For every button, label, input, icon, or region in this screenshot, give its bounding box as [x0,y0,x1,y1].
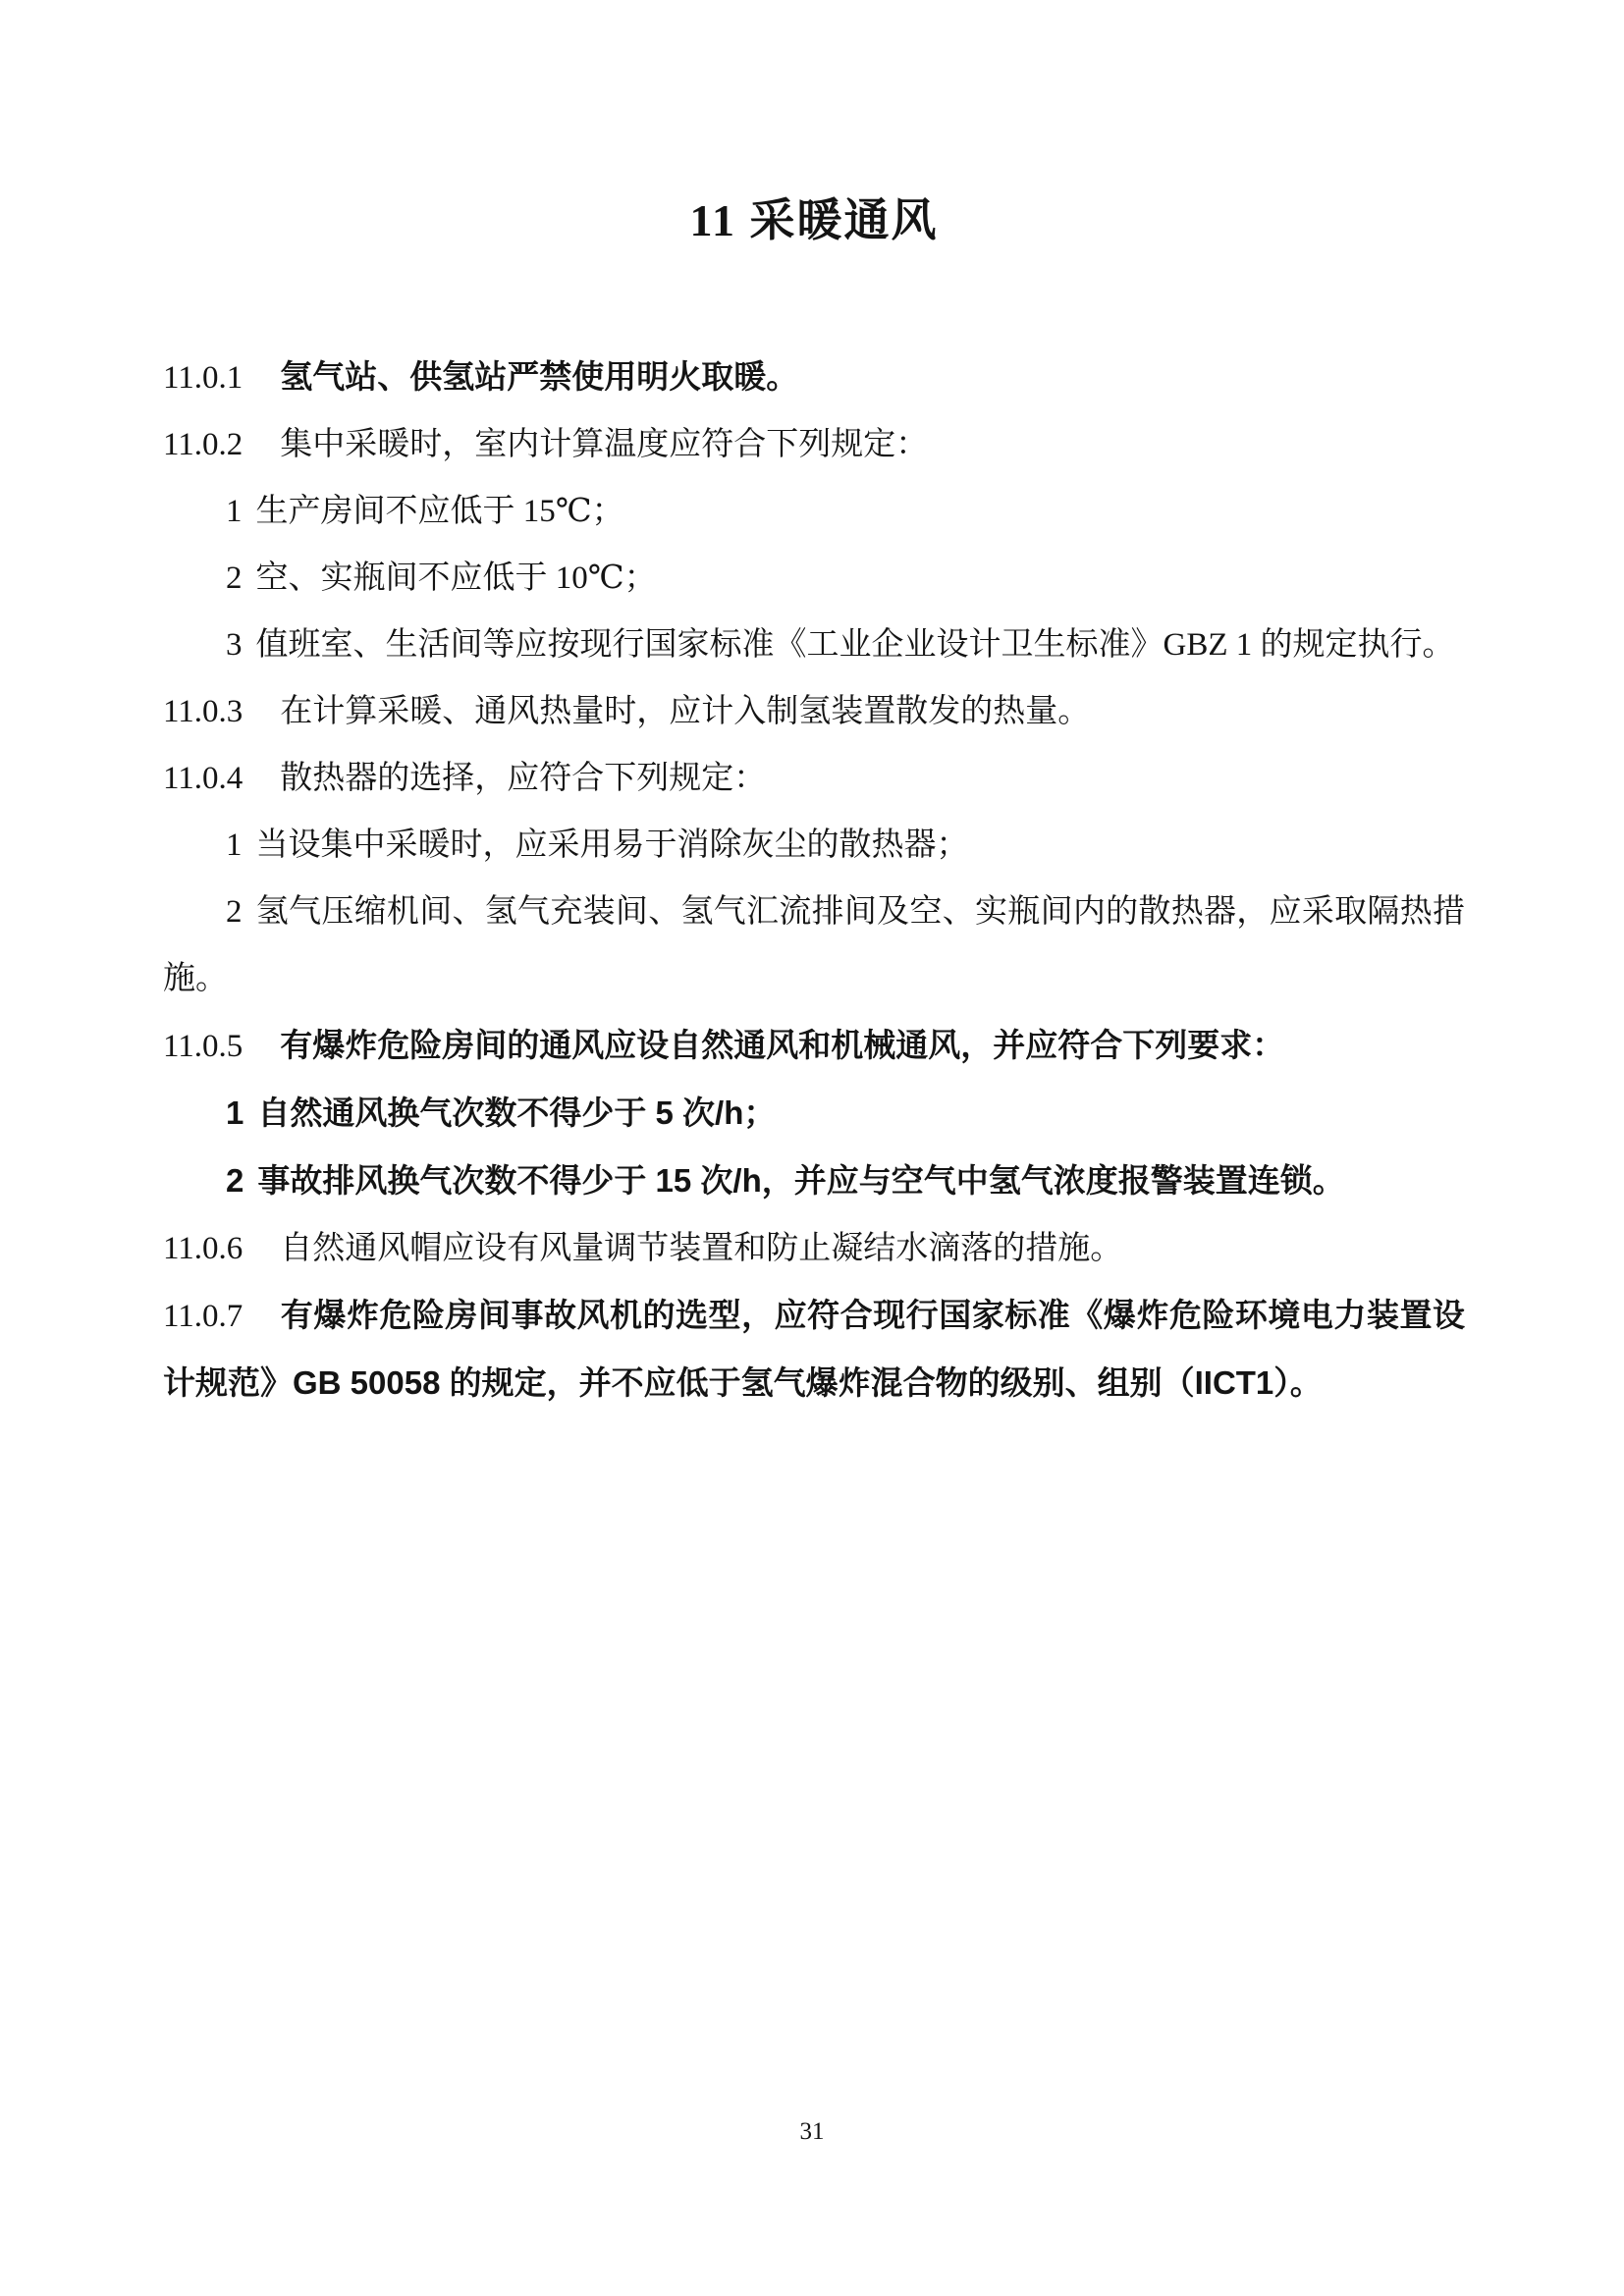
clause-number: 11.0.7 [163,1299,243,1334]
clause-number: 11.0.1 [163,360,243,396]
clause-11-0-6: 11.0.6自然通风帽应设有风量调节装置和防止凝结水滴落的措施。 [163,1215,1465,1282]
clause-text: 有爆炸危险房间事故风机的选型，应符合现行国家标准《爆炸危险环境电力装置设计规范》… [163,1297,1465,1401]
clause-11-0-5-item-1: 1自然通风换气次数不得少于 5 次/h； [163,1080,1465,1148]
item-marker: 2 [226,561,243,596]
clause-text: 集中采暖时，室内计算温度应符合下列规定： [280,427,928,462]
item-marker: 2 [226,1162,244,1199]
item-marker: 1 [226,1095,244,1131]
clause-11-0-2-item-1: 1生产房间不应低于 15℃； [163,478,1465,545]
item-marker: 1 [226,828,243,863]
item-text: 生产房间不应低于 15℃； [256,494,624,529]
item-marker: 3 [226,627,243,663]
item-text: 自然通风换气次数不得少于 5 次/h； [257,1095,776,1131]
clause-number: 11.0.4 [163,761,243,796]
clause-text: 在计算采暖、通风热量时，应计入制氢装置散发的热量。 [280,694,1090,729]
chapter-body: 11.0.1氢气站、供氢站严禁使用明火取暖。 11.0.2集中采暖时，室内计算温… [163,344,1465,1417]
clause-text: 散热器的选择，应符合下列规定： [280,761,766,796]
document-page: 11 采暖通风 11.0.1氢气站、供氢站严禁使用明火取暖。 11.0.2集中采… [0,0,1624,2296]
clause-11-0-5-item-2: 2事故排风换气次数不得少于 15 次/h，并应与空气中氢气浓度报警装置连锁。 [163,1148,1465,1215]
item-text: 当设集中采暖时，应采用易于消除灰尘的散热器； [256,828,969,863]
clause-11-0-4-item-1: 1当设集中采暖时，应采用易于消除灰尘的散热器； [163,812,1465,879]
item-marker: 1 [226,494,243,529]
clause-text: 氢气站、供氢站严禁使用明火取暖。 [280,358,798,395]
item-marker: 2 [226,894,243,930]
clause-number: 11.0.3 [163,694,243,729]
clause-11-0-2-item-2: 2空、实瓶间不应低于 10℃； [163,545,1465,612]
clause-11-0-2-item-3: 3值班室、生活间等应按现行国家标准《工业企业设计卫生标准》GBZ 1 的规定执行… [163,612,1465,678]
clause-11-0-4: 11.0.4散热器的选择，应符合下列规定： [163,745,1465,812]
clause-11-0-3: 11.0.3在计算采暖、通风热量时，应计入制氢装置散发的热量。 [163,678,1465,745]
clause-text: 有爆炸危险房间的通风应设自然通风和机械通风，并应符合下列要求： [280,1027,1284,1063]
clause-11-0-2: 11.0.2集中采暖时，室内计算温度应符合下列规定： [163,411,1465,478]
page-number: 31 [0,2118,1624,2146]
clause-11-0-5: 11.0.5有爆炸危险房间的通风应设自然通风和机械通风，并应符合下列要求： [163,1012,1465,1080]
item-text: 空、实瓶间不应低于 10℃； [256,561,657,596]
item-text: 氢气压缩机间、氢气充装间、氢气汇流排间及空、实瓶间内的散热器，应采取隔热措施。 [163,894,1465,996]
clause-text: 自然通风帽应设有风量调节装置和防止凝结水滴落的措施。 [280,1231,1122,1266]
clause-number: 11.0.2 [163,427,243,462]
clause-number: 11.0.5 [163,1029,243,1064]
chapter-title: 11 采暖通风 [163,192,1465,249]
item-text: 事故排风换气次数不得少于 15 次/h，并应与空气中氢气浓度报警装置连锁。 [257,1162,1344,1199]
clause-11-0-1: 11.0.1氢气站、供氢站严禁使用明火取暖。 [163,344,1465,411]
clause-11-0-4-item-2: 2氢气压缩机间、氢气充装间、氢气汇流排间及空、实瓶间内的散热器，应采取隔热措施。 [163,879,1465,1012]
item-text: 值班室、生活间等应按现行国家标准《工业企业设计卫生标准》GBZ 1 的规定执行。 [256,627,1455,663]
clause-11-0-7: 11.0.7有爆炸危险房间事故风机的选型，应符合现行国家标准《爆炸危险环境电力装… [163,1282,1465,1417]
clause-number: 11.0.6 [163,1231,243,1266]
